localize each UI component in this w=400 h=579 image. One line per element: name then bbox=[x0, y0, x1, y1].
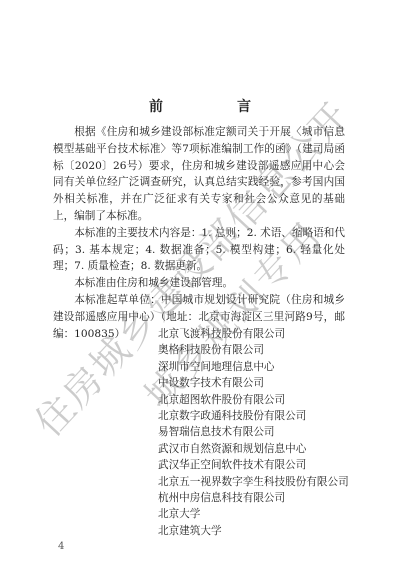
organization-item: 北京飞渡科技股份有限公司 bbox=[158, 326, 349, 342]
organization-item: 杭州中房信息科技有限公司 bbox=[158, 490, 349, 506]
organization-item: 北京超图软件股份有限公司 bbox=[158, 392, 349, 408]
organization-item: 易智瑞信息技术有限公司 bbox=[158, 424, 349, 440]
organization-item: 北京五一视界数字孪生科技股份有限公司 bbox=[158, 474, 349, 490]
organization-item: 北京大学 bbox=[158, 506, 349, 522]
organization-item: 北京建筑大学 bbox=[158, 523, 349, 539]
paragraph-basis: 根据《住房和城乡建设部标准定额司关于开展〈城市信息模型基础平台技术标准〉等7项标… bbox=[53, 124, 345, 225]
paragraph-contents: 本标准的主要技术内容是：1. 总则；2. 术语、缩略语和代码；3. 基本规定；4… bbox=[53, 225, 345, 275]
page-title: 前 言 bbox=[0, 96, 400, 116]
document-body: 根据《住房和城乡建设部标准定额司关于开展〈城市信息模型基础平台技术标准〉等7项标… bbox=[53, 124, 345, 342]
organization-item: 北京数字政通科技股份有限公司 bbox=[158, 408, 349, 424]
organization-item: 奥格科技股份有限公司 bbox=[158, 342, 349, 358]
organization-item: 武汉市自然资源和规划信息中心 bbox=[158, 441, 349, 457]
organization-item: 深圳市空间地理信息中心 bbox=[158, 359, 349, 375]
organization-list: 北京飞渡科技股份有限公司 奥格科技股份有限公司 深圳市空间地理信息中心 中设数字… bbox=[158, 326, 349, 539]
organization-item: 中设数字技术有限公司 bbox=[158, 375, 349, 391]
document-page: 前 言 根据《住房和城乡建设部标准定额司关于开展〈城市信息模型基础平台技术标准〉… bbox=[0, 0, 400, 579]
page-number: 4 bbox=[58, 541, 64, 552]
paragraph-management: 本标准由住房和城乡建设部管理。 bbox=[53, 275, 345, 292]
organization-item: 武汉华正空间软件技术有限公司 bbox=[158, 457, 349, 473]
